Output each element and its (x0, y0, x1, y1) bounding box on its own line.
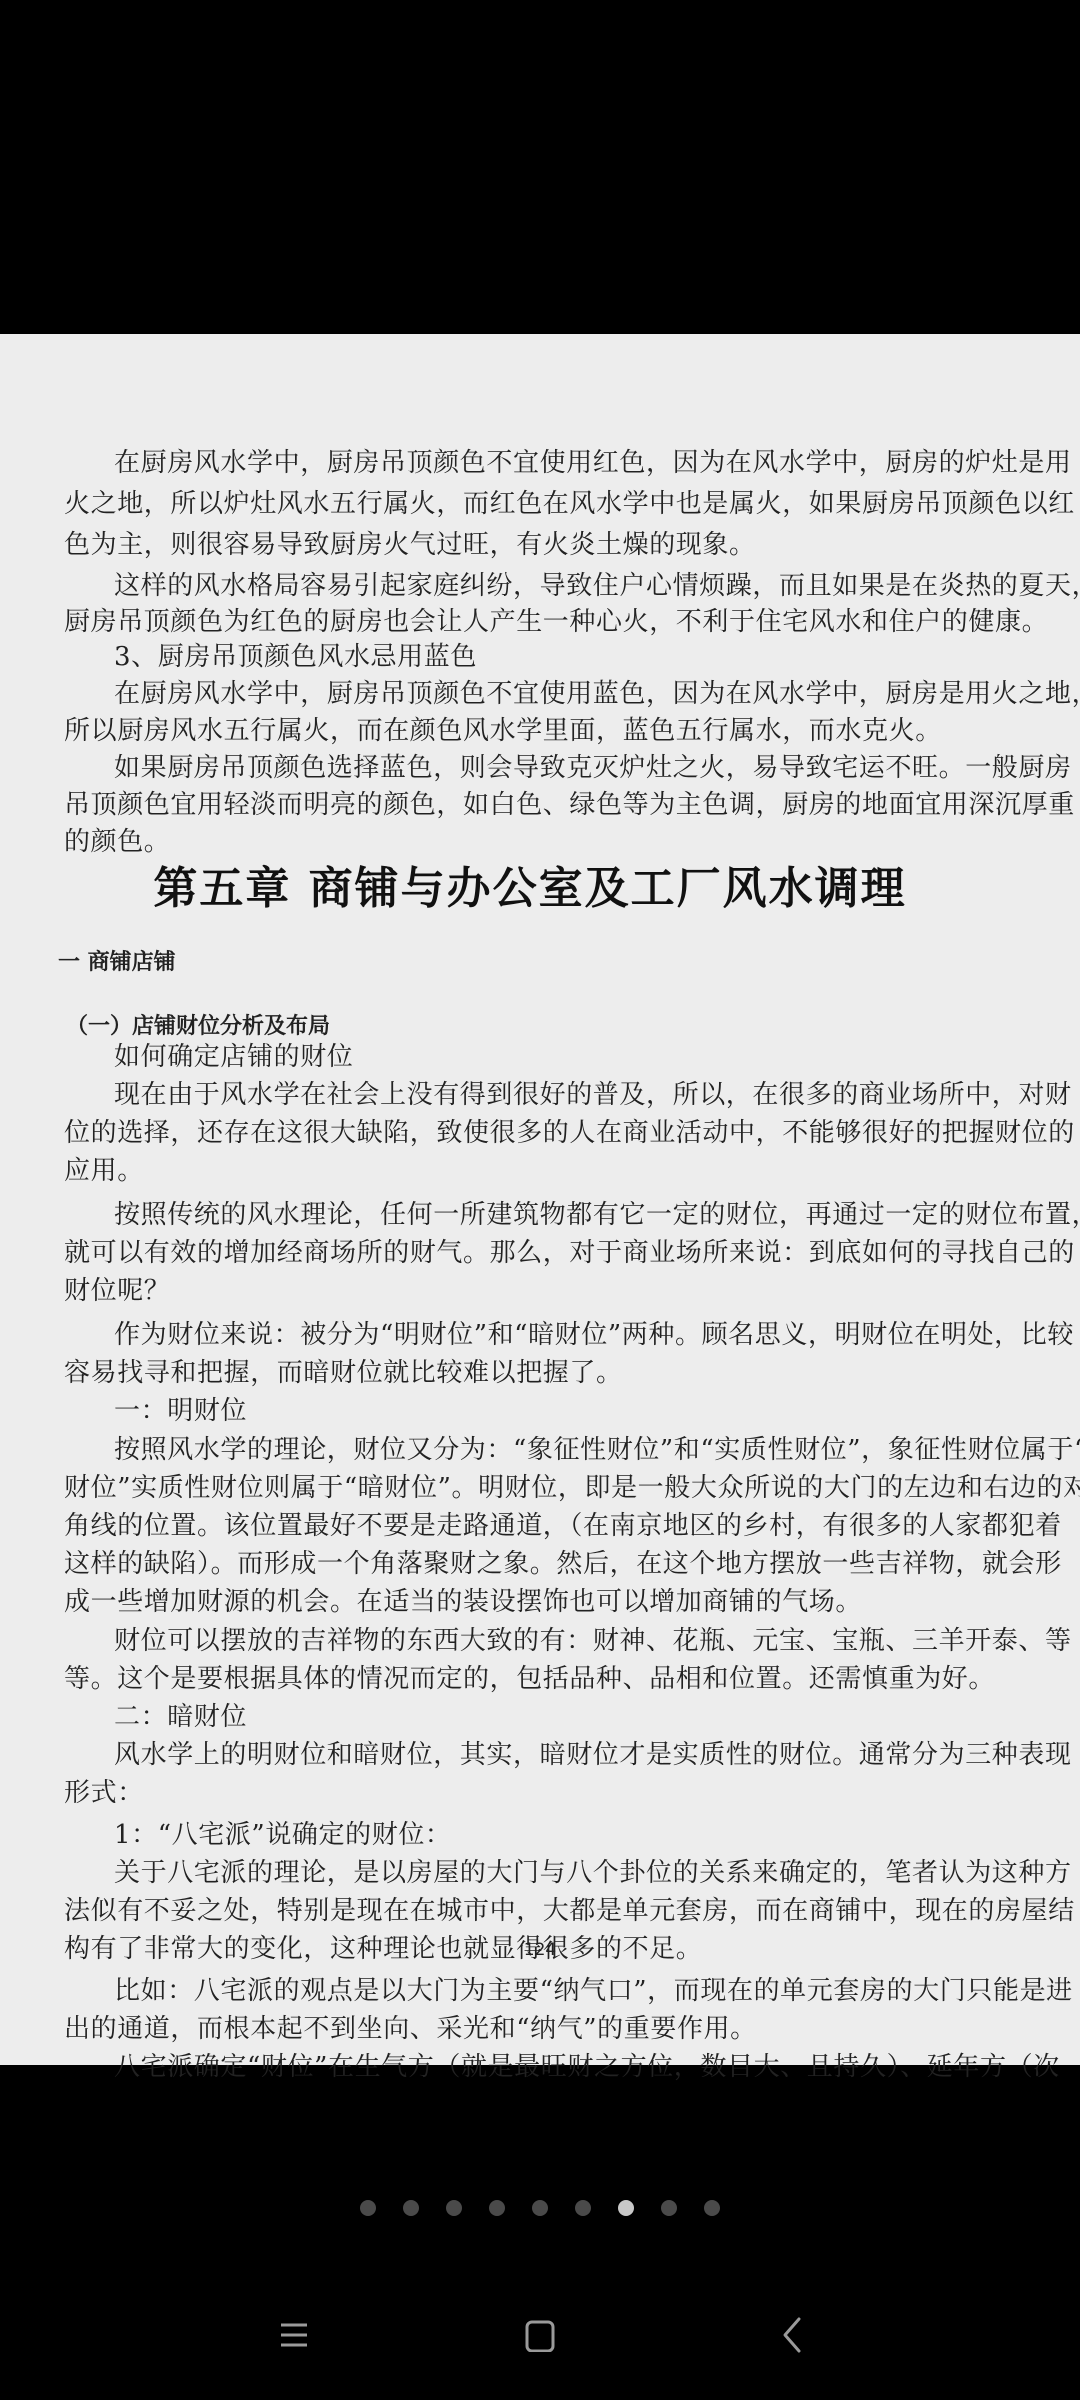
document-page[interactable]: 在厨房风水学中，厨房吊顶颜色不宜使用红色，因为在风水学中，厨房的炉灶是用 火之地… (0, 334, 1080, 2065)
text-line: 色为主，则很容易导致厨房火气过旺，有火炎土燥的现象。 (64, 528, 756, 562)
text-line: 出的通道，而根本起不到坐向、采光和“纳气”的重要作用。 (64, 2012, 757, 2046)
text-line: 比如：八宅派的观点是以大门为主要“纳气口”，而现在的单元套房的大门只能是进 (114, 1974, 1073, 2008)
text-line: 火之地，所以炉灶风水五行属火，而红色在风水学中也是属火，如果厨房吊顶颜色以红 (64, 487, 1075, 521)
text-line: 就可以有效的增加经商场所的财气。那么，对于商业场所来说：到底如何的寻找自己的 (64, 1236, 1075, 1270)
text-line: 如何确定店铺的财位 (114, 1040, 353, 1074)
text-line: 应用。 (64, 1154, 144, 1188)
text-line: 厨房吊顶颜色为红色的厨房也会让人产生一种心火，不利于住宅风水和住户的健康。 (64, 605, 1048, 639)
text-line: 财位”实质性财位则属于“暗财位”。明财位，即是一般大众所说的大门的左边和右边的对 (64, 1471, 1080, 1505)
back-button[interactable] (752, 2300, 832, 2370)
text-line: 按照风水学的理论，财位又分为：“象征性财位”和“实质性财位”，象征性财位属于“明 (114, 1433, 1080, 1467)
page-dot[interactable] (360, 2200, 376, 2216)
text-line: 现在由于风水学在社会上没有得到很好的普及，所以，在很多的商业场所中，对财 (114, 1078, 1072, 1112)
text-line: 成一些增加财源的机会。在适当的装设摆饰也可以增加商铺的气场。 (64, 1585, 862, 1619)
page-dot[interactable] (532, 2200, 548, 2216)
text-line: 这样的风水格局容易引起家庭纠纷，导致住户心情烦躁，而且如果是在炎热的夏天， (114, 569, 1080, 603)
text-line: 八宅派确定“财位”在生气方（就是最旺财之方位，数目大、且持久）、延年方（次 (114, 2050, 1060, 2084)
text-line: 在厨房风水学中，厨房吊顶颜色不宜使用红色，因为在风水学中，厨房的炉灶是用 (114, 446, 1072, 480)
image-viewer: 在厨房风水学中，厨房吊顶颜色不宜使用红色，因为在风水学中，厨房的炉灶是用 火之地… (0, 0, 1080, 2400)
text-line: 位的选择，还存在这很大缺陷，致使很多的人在商业活动中，不能够很好的把握财位的 (64, 1116, 1075, 1150)
section-heading: 一 商铺店铺 (58, 945, 176, 976)
text-line: 财位可以摆放的吉祥物的东西大致的有：财神、花瓶、元宝、宝瓶、三羊开泰、等 (114, 1624, 1072, 1658)
home-icon (523, 2318, 557, 2352)
text-line: 二：暗财位 (114, 1700, 247, 1734)
page-dot-active[interactable] (618, 2200, 634, 2216)
home-button[interactable] (500, 2300, 580, 2370)
system-navigation-bar (0, 2300, 1080, 2370)
text-line: 如果厨房吊顶颜色选择蓝色，则会导致克灭炉灶之火，易导致宅运不旺。一般厨房 (114, 751, 1072, 785)
menu-icon (277, 2318, 311, 2352)
back-icon (775, 2315, 809, 2355)
text-line: 形式： (64, 1776, 144, 1810)
page-indicator (0, 2200, 1080, 2216)
page-dot[interactable] (489, 2200, 505, 2216)
text-line: 按照传统的风水理论，任何一所建筑物都有它一定的财位，再通过一定的财位布置， (114, 1198, 1080, 1232)
text-line: 容易找寻和把握，而暗财位就比较难以把握了。 (64, 1356, 623, 1390)
page-dot[interactable] (446, 2200, 462, 2216)
page-number: 124 (0, 1940, 1080, 1960)
chapter-title: 第五章 商铺与办公室及工厂风水调理 (90, 852, 970, 916)
text-line: 所以厨房风水五行属火，而在颜色风水学里面，蓝色五行属水，而水克火。 (64, 714, 942, 748)
text-line: 等。这个是要根据具体的情况而定的，包括品种、品相和位置。还需慎重为好。 (64, 1662, 995, 1696)
page-dot[interactable] (575, 2200, 591, 2216)
text-line: 一：明财位 (114, 1394, 247, 1428)
subsection-heading: （一）店铺财位分析及布局 (66, 1009, 330, 1040)
text-line: 作为财位来说：被分为“明财位”和“暗财位”两种。顾名思义，明财位在明处，比较 (114, 1318, 1074, 1352)
text-line: 这样的缺陷）。而形成一个角落聚财之象。然后，在这个地方摆放一些吉祥物，就会形 (64, 1547, 1062, 1581)
text-line: 关于八宅派的理论，是以房屋的大门与八个卦位的关系来确定的，笔者认为这种方 (114, 1856, 1072, 1890)
text-line: 法似有不妥之处，特别是现在在城市中，大都是单元套房，而在商铺中，现在的房屋结 (64, 1894, 1075, 1928)
page-dot[interactable] (403, 2200, 419, 2216)
text-line: 1：“八宅派”说确定的财位： (114, 1818, 452, 1852)
subheading-text: 3、厨房吊顶颜色风水忌用蓝色 (114, 640, 477, 674)
recent-apps-button[interactable] (254, 2300, 334, 2370)
text-line: 吊顶颜色宜用轻淡而明亮的颜色，如白色、绿色等为主色调，厨房的地面宜用深沉厚重 (64, 788, 1075, 822)
page-dot[interactable] (661, 2200, 677, 2216)
page-dot[interactable] (704, 2200, 720, 2216)
text-line: 风水学上的明财位和暗财位，其实，暗财位才是实质性的财位。通常分为三种表现 (114, 1738, 1072, 1772)
text-line: 财位呢？ (64, 1274, 170, 1308)
text-line: 在厨房风水学中，厨房吊顶颜色不宜使用蓝色，因为在风水学中，厨房是用火之地， (114, 677, 1080, 711)
text-line: 角线的位置。该位置最好不要是走路通道，（在南京地区的乡村，有很多的人家都犯着 (64, 1509, 1062, 1543)
